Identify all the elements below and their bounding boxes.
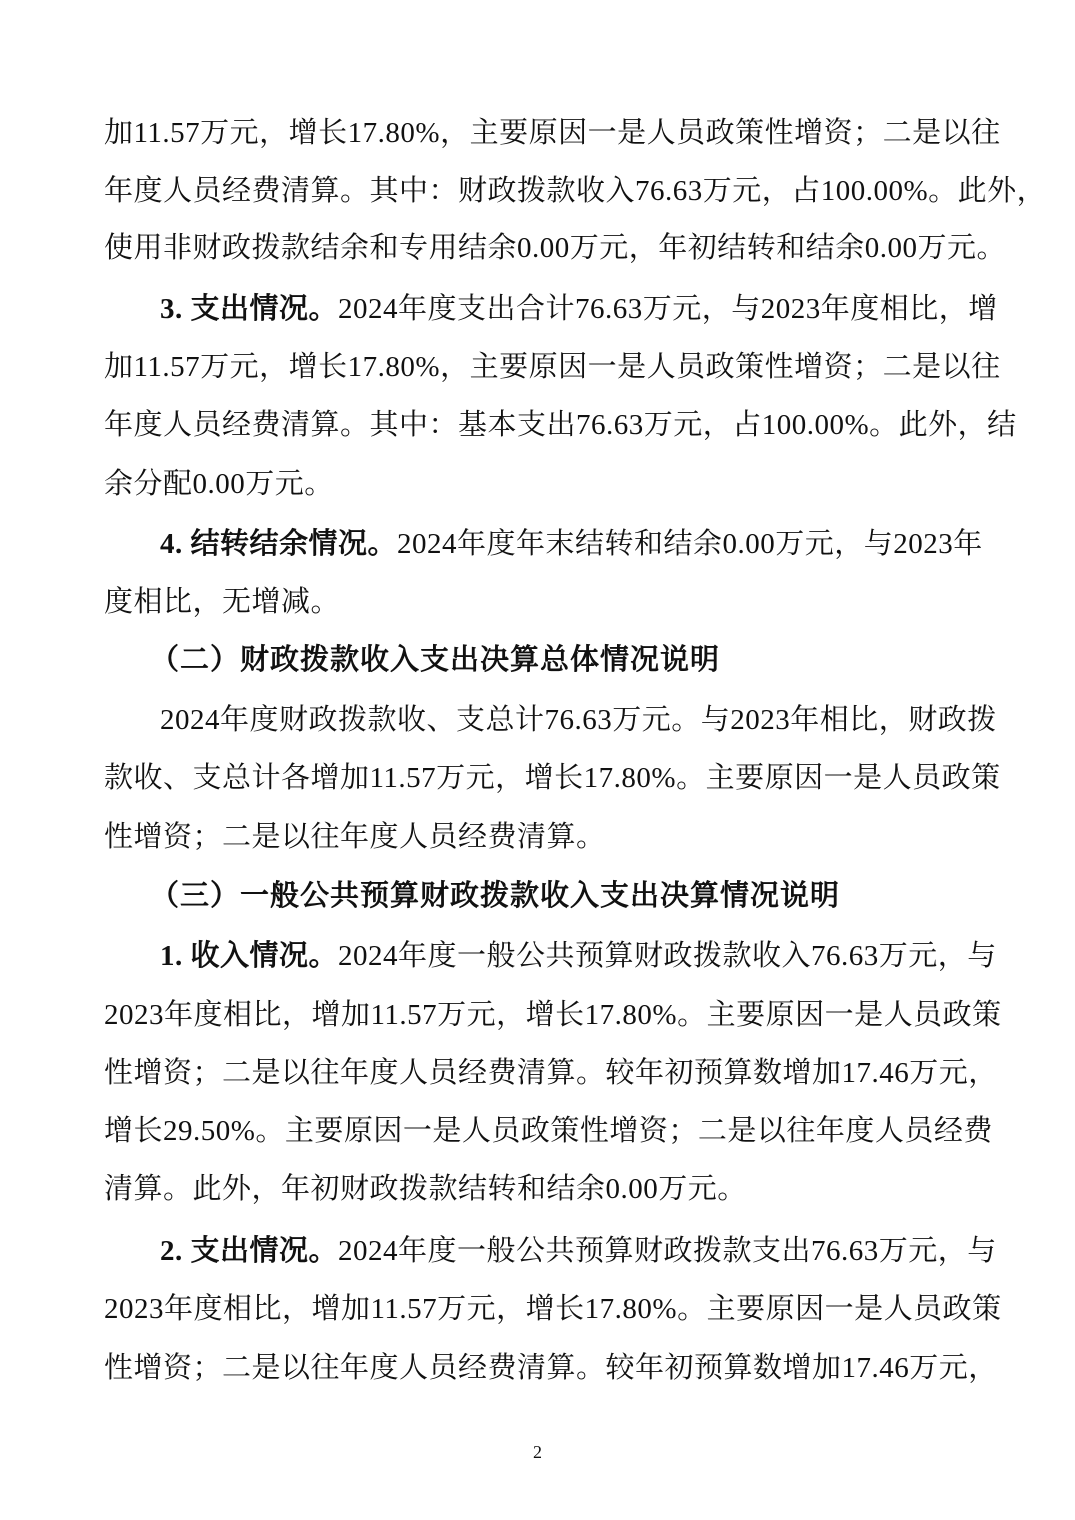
text-line: 增长29.50%。主要原因一是人员政策性增资；二是以往年度人员经费	[104, 1111, 970, 1151]
text-line: 余分配0.00万元。	[104, 464, 970, 504]
text-line: 2023年度相比，增加11.57万元，增长17.80%。主要原因一是人员政策	[104, 1289, 970, 1329]
paragraph-lead: 4. 结转结余情况。	[160, 528, 397, 560]
paragraph-income-line: 1. 收入情况。2024年度一般公共预算财政拨款收入76.63万元，与	[160, 936, 970, 976]
text-span: 2024年度一般公共预算财政拨款支出76.63万元，与	[338, 1235, 997, 1267]
text-line: 年度人员经费清算。其中：财政拨款收入76.63万元，占100.00%。此外，	[104, 171, 970, 211]
paragraph-lead: 1. 收入情况。	[160, 940, 338, 972]
text-span: 2024年度支出合计76.63万元，与2023年度相比，增	[338, 293, 998, 325]
document-page: 加11.57万元，增长17.80%，主要原因一是人员政策性增资；二是以往 年度人…	[0, 0, 1075, 1520]
text-line: 2023年度相比，增加11.57万元，增长17.80%。主要原因一是人员政策	[104, 995, 970, 1035]
paragraph-spending-line: 2. 支出情况。2024年度一般公共预算财政拨款支出76.63万元，与	[160, 1231, 970, 1271]
text-line: 性增资；二是以往年度人员经费清算。较年初预算数增加17.46万元，	[104, 1348, 970, 1388]
page-number: 2	[0, 1442, 1075, 1462]
text-span: 2024年度年末结转和结余0.00万元，与2023年	[397, 528, 983, 560]
text-line: 加11.57万元，增长17.80%，主要原因一是人员政策性增资；二是以往	[104, 347, 970, 387]
text-line: 加11.57万元，增长17.80%，主要原因一是人员政策性增资；二是以往	[104, 113, 970, 153]
text-line: 度相比，无增减。	[104, 582, 970, 622]
text-line: 使用非财政拨款结余和专用结余0.00万元，年初结转和结余0.00万元。	[104, 228, 970, 268]
text-line: 清算。此外，年初财政拨款结转和结余0.00万元。	[104, 1169, 970, 1209]
section-heading: （二）财政拨款收入支出决算总体情况说明	[150, 640, 720, 680]
text-line: 性增资；二是以往年度人员经费清算。较年初预算数增加17.46万元，	[104, 1053, 970, 1093]
paragraph-expenditure-line: 3. 支出情况。2024年度支出合计76.63万元，与2023年度相比，增	[160, 289, 970, 329]
section-heading: （三）一般公共预算财政拨款收入支出决算情况说明	[150, 876, 840, 916]
text-line: 2024年度财政拨款收、支总计76.63万元。与2023年相比，财政拨	[160, 700, 970, 740]
text-line: 性增资；二是以往年度人员经费清算。	[104, 817, 970, 857]
paragraph-lead: 3. 支出情况。	[160, 293, 338, 325]
text-line: 款收、支总计各增加11.57万元，增长17.80%。主要原因一是人员政策	[104, 758, 970, 798]
text-span: 2024年度一般公共预算财政拨款收入76.63万元，与	[338, 940, 997, 972]
text-line: 年度人员经费清算。其中：基本支出76.63万元，占100.00%。此外，结	[104, 405, 970, 445]
paragraph-lead: 2. 支出情况。	[160, 1235, 338, 1267]
paragraph-carryover-line: 4. 结转结余情况。2024年度年末结转和结余0.00万元，与2023年	[160, 524, 970, 564]
